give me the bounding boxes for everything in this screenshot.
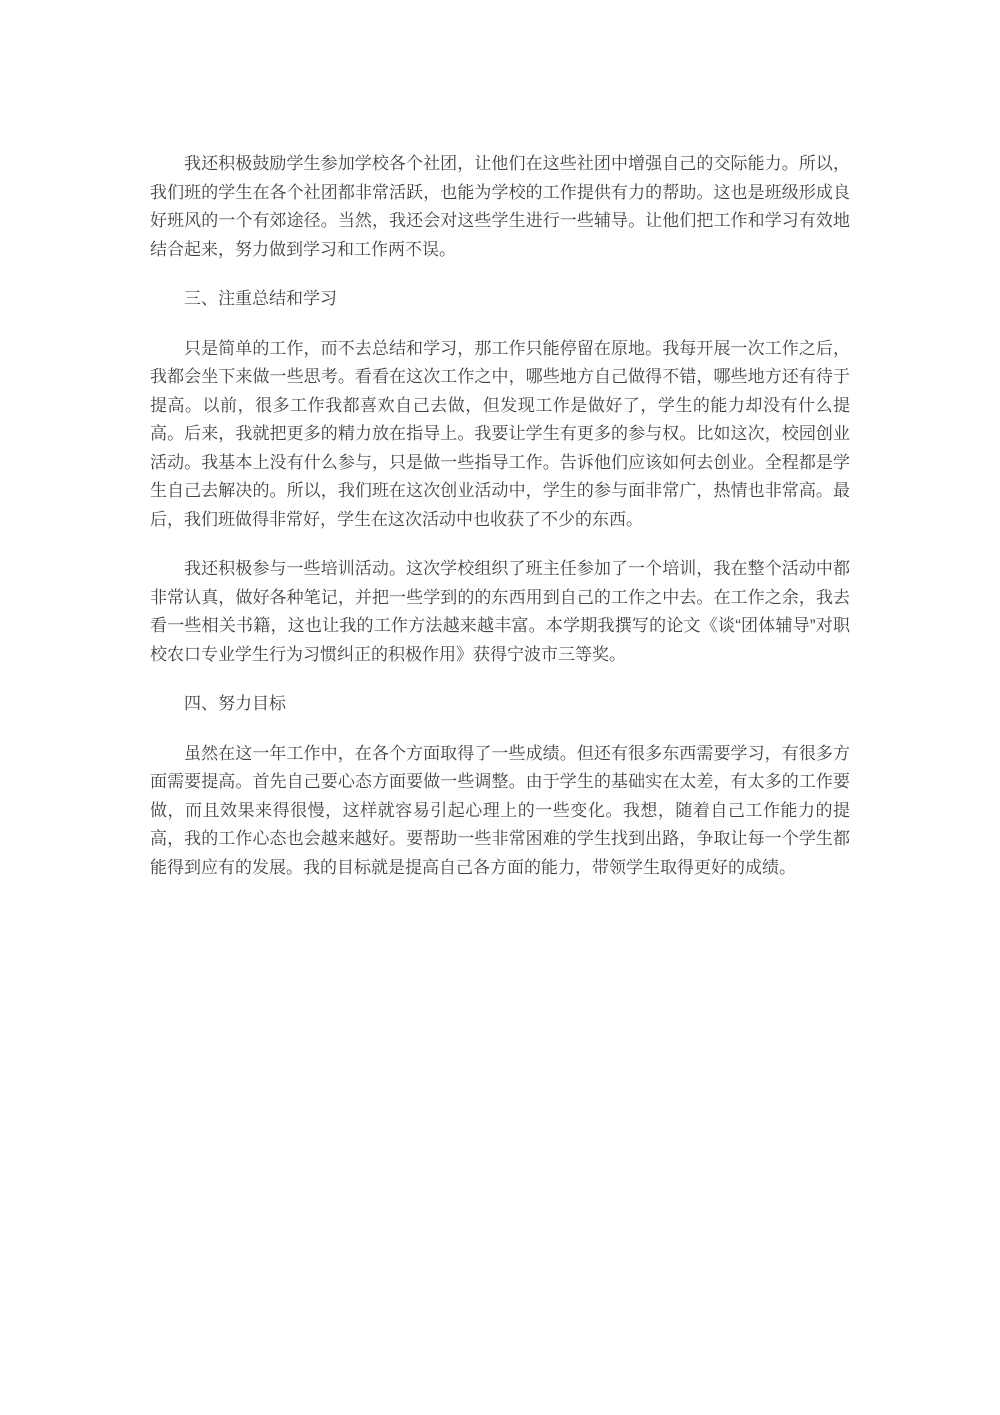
paragraph: 我还积极鼓励学生参加学校各个社团，让他们在这些社团中增强自己的交际能力。所以，我…: [150, 150, 850, 264]
paragraph: 我还积极参与一些培训活动。这次学校组织了班主任参加了一个培训，我在整个活动中都非…: [150, 555, 850, 669]
paragraph: 只是简单的工作，而不去总结和学习，那工作只能停留在原地。我每开展一次工作之后，我…: [150, 335, 850, 535]
document-page: 我还积极鼓励学生参加学校各个社团，让他们在这些社团中增强自己的交际能力。所以，我…: [0, 0, 1000, 1415]
section-heading-4: 四、努力目标: [150, 690, 850, 719]
paragraph: 虽然在这一年工作中，在各个方面取得了一些成绩。但还有很多东西需要学习，有很多方面…: [150, 740, 850, 883]
section-heading-3: 三、注重总结和学习: [150, 285, 850, 314]
